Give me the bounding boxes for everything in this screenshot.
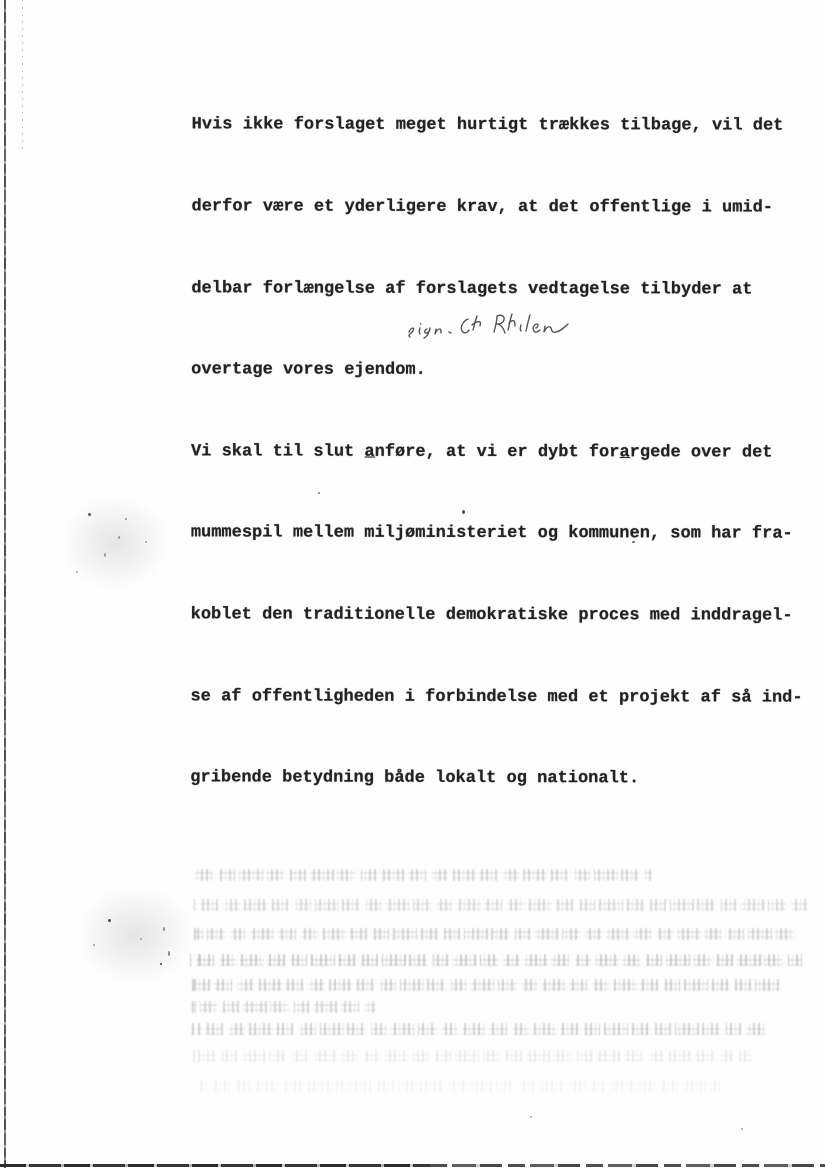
signature-strokes	[396, 306, 608, 354]
bleed-through-line	[191, 1023, 766, 1035]
paper-speck	[125, 518, 127, 520]
text-line: overtage vores ejendom.	[191, 357, 816, 386]
paper-speck	[104, 553, 106, 557]
bleed-through-line	[190, 954, 802, 966]
paper-speck	[741, 1128, 743, 1130]
bleed-through-line	[192, 869, 652, 881]
paper-speck	[632, 541, 635, 543]
scan-edge-bottom-dashed	[430, 1164, 825, 1167]
bleed-through-line	[200, 1080, 720, 1092]
text-line: delbar forlængelse af forslagets vedtage…	[191, 275, 816, 304]
typewritten-paragraphs: Hvis ikke forslaget meget hurtigt trække…	[190, 57, 817, 847]
bleed-through-line	[193, 1050, 753, 1062]
paper-speck	[160, 963, 162, 965]
paper-speck	[140, 938, 142, 940]
text-line: gribende betydning både lokalt og nation…	[190, 765, 815, 794]
paper-speck	[108, 919, 111, 922]
scan-edge-left-faint	[22, 0, 23, 150]
paper-speck	[168, 951, 170, 956]
paper-speck	[118, 536, 120, 539]
paper-speck	[76, 571, 78, 573]
paper-speck	[88, 513, 91, 516]
handwritten-signature	[396, 306, 608, 354]
paper-speck	[93, 944, 95, 946]
scanned-document-page: Hvis ikke forslaget meget hurtigt trække…	[0, 0, 825, 1168]
paper-speck	[462, 510, 465, 514]
text-line: se af offentligheden i forbindelse med e…	[190, 683, 815, 712]
text-line: Hvis ikke forslaget meget hurtigt trække…	[192, 112, 817, 141]
bleed-through-line	[190, 899, 808, 911]
paper-smudge	[60, 495, 170, 590]
bleed-through-line	[191, 1001, 376, 1013]
text-line: derfor være et yderligere krav, at det o…	[191, 193, 816, 222]
scan-edge-left	[4, 0, 6, 1168]
bleed-through-line	[191, 928, 796, 940]
paper-speck	[318, 492, 320, 494]
paper-speck	[530, 1116, 532, 1118]
paper-speck	[145, 541, 147, 543]
bleed-through-line	[192, 979, 782, 991]
text-line: Vi skal til slut a̲nføre, at vi er dybt …	[191, 438, 816, 467]
paper-speck	[163, 927, 165, 931]
text-line: koblet den traditionelle demokratiske pr…	[191, 601, 816, 630]
text-line: mummespil mellem miljøministeriet og kom…	[191, 520, 816, 549]
scan-edge-bottom	[0, 1164, 430, 1167]
paper-smudge	[75, 885, 195, 985]
